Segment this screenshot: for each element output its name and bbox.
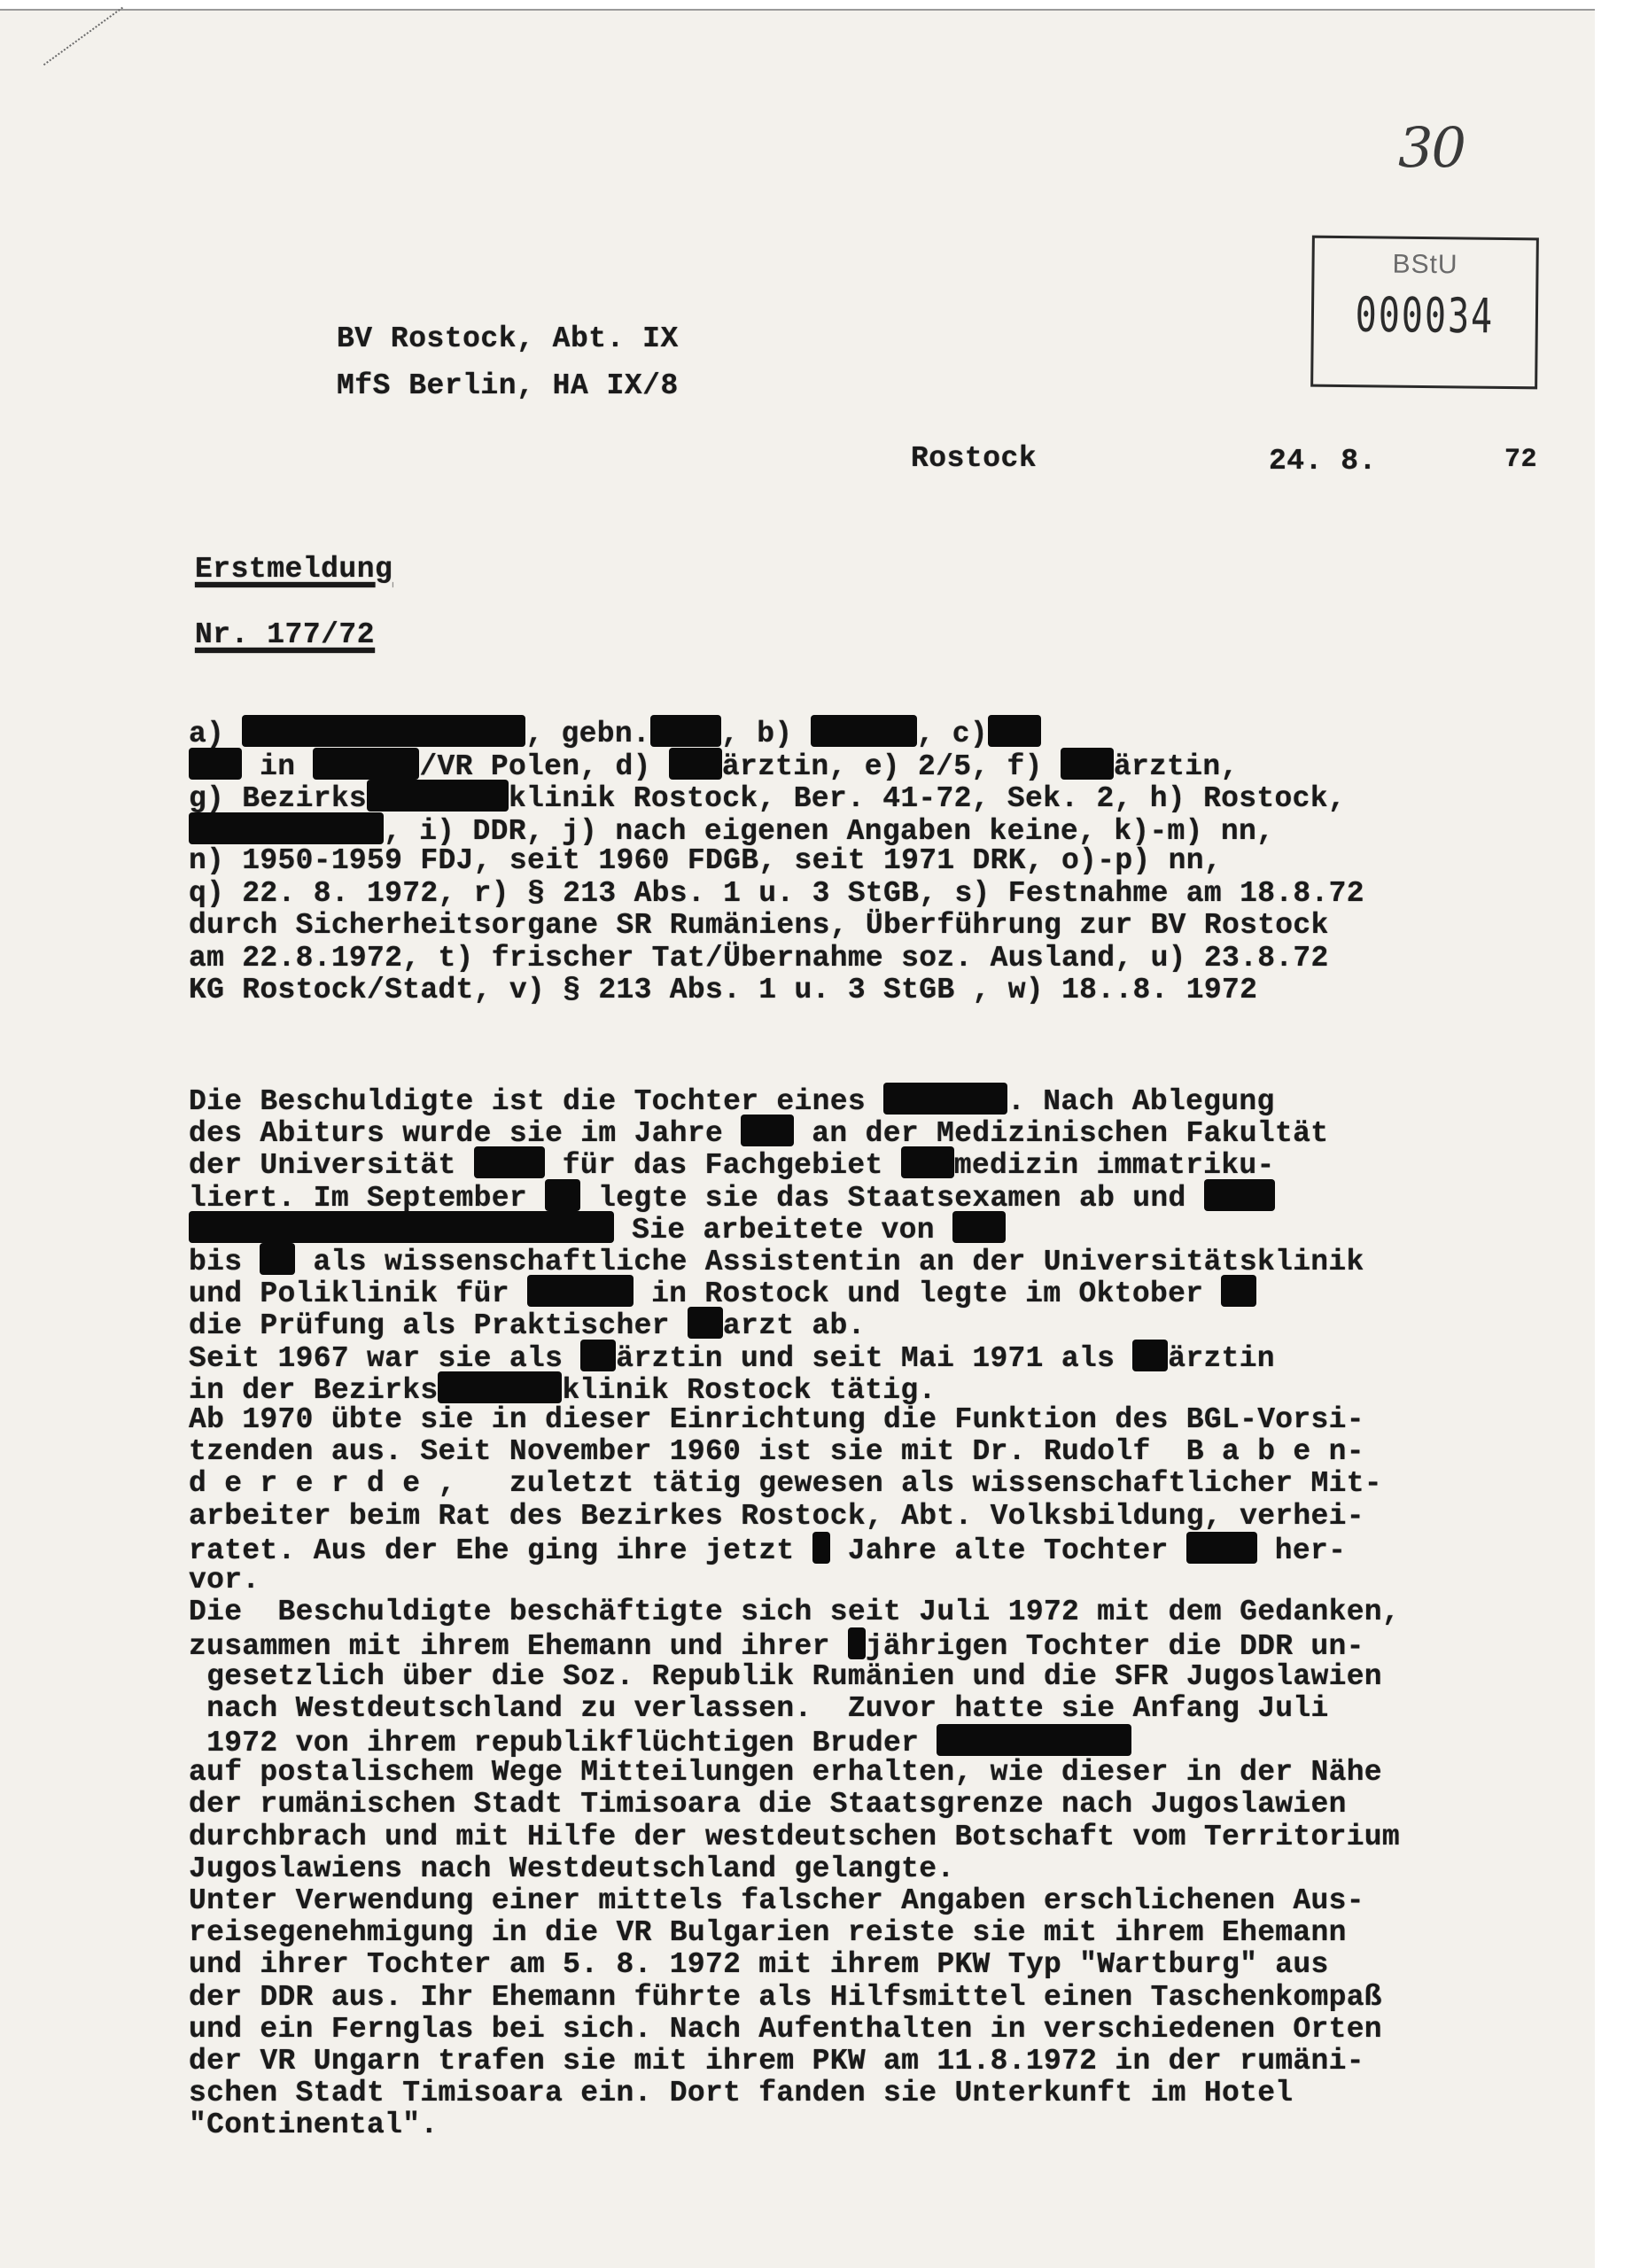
body-line: arbeiter beim Rat des Bezirkes Rostock, … xyxy=(189,1500,1364,1533)
body-line: und ihrer Tochter am 5. 8. 1972 mit ihre… xyxy=(189,1948,1329,1981)
redaction-bar xyxy=(313,748,419,780)
sender-line-1: BV Rostock, Abt. IX xyxy=(337,322,679,355)
redaction-bar xyxy=(1186,1532,1257,1564)
personal-data-line: am 22.8.1972, t) frischer Tat/Übernahme … xyxy=(189,942,1329,975)
redaction-bar xyxy=(474,1146,545,1178)
personal-data-line: a) , gebn., b) , c) xyxy=(189,715,1041,750)
personal-data-line: , i) DDR, j) nach eigenen Angaben keine,… xyxy=(189,812,1274,848)
body-line: nach Westdeutschland zu verlassen. Zuvor… xyxy=(189,1692,1329,1725)
place: Rostock xyxy=(911,442,1037,475)
body-line: bis als wissenschaftliche Assistentin an… xyxy=(189,1243,1364,1278)
personal-data-line: n) 1950-1959 FDJ, seit 1960 FDGB, seit 1… xyxy=(189,844,1222,877)
body-line: der DDR aus. Ihr Ehemann führte als Hilf… xyxy=(189,1981,1382,2014)
body-line: Ab 1970 übte sie in dieser Einrichtung d… xyxy=(189,1403,1364,1436)
body-line: Die Beschuldigte ist die Tochter eines .… xyxy=(189,1083,1275,1118)
stamp-number: 000034 xyxy=(1314,288,1536,346)
redaction-bar xyxy=(688,1307,723,1339)
redaction-bar xyxy=(669,748,722,780)
redaction-bar xyxy=(189,1211,614,1243)
body-line: "Continental". xyxy=(189,2109,438,2141)
body-line: der VR Ungarn trafen sie mit ihrem PKW a… xyxy=(189,2045,1364,2078)
redaction-bar xyxy=(527,1275,634,1307)
body-line: Seit 1967 war sie als ärztin und seit Ma… xyxy=(189,1340,1275,1375)
redaction-bar xyxy=(952,1211,1006,1243)
body-line: Die Beschuldigte beschäftigte sich seit … xyxy=(189,1596,1400,1628)
redaction-bar xyxy=(901,1146,954,1178)
pen-mark xyxy=(43,7,124,67)
body-line: Jugoslawiens nach Westdeutschland gelang… xyxy=(189,1852,954,1885)
body-line: 1972 von ihrem republikflüchtigen Bruder xyxy=(189,1724,1131,1759)
handwritten-page-number: 30 xyxy=(1398,115,1465,180)
body-line: schen Stadt Timisoara ein. Dort fanden s… xyxy=(189,2077,1293,2109)
redaction-bar xyxy=(260,1243,295,1275)
stamp-title: BStU xyxy=(1314,249,1535,282)
body-line: der Universität für das Fachgebiet mediz… xyxy=(189,1146,1275,1182)
report-number: Nr. 177/72 xyxy=(195,618,375,651)
body-line: durchbrach und mit Hilfe der westdeutsch… xyxy=(189,1821,1400,1853)
body-line: zusammen mit ihrem Ehemann und ihrer jäh… xyxy=(189,1627,1364,1663)
body-line: und ein Fernglas bei sich. Nach Aufentha… xyxy=(189,2013,1382,2046)
body-line: des Abiturs wurde sie im Jahre an der Me… xyxy=(189,1115,1328,1150)
redaction-bar xyxy=(1221,1275,1256,1307)
personal-data-line: in /VR Polen, d) ärztin, e) 2/5, f) ärzt… xyxy=(189,748,1239,783)
body-line: die Prüfung als Praktischer arzt ab. xyxy=(189,1307,866,1342)
redaction-bar xyxy=(1132,1340,1168,1371)
redaction-bar xyxy=(988,715,1041,747)
redaction-bar xyxy=(883,1083,1007,1115)
body-line: Unter Verwendung einer mittels falscher … xyxy=(189,1884,1364,1917)
redaction-bar xyxy=(812,1532,830,1564)
archive-stamp: BStU 000034 xyxy=(1310,236,1539,390)
date-day-month: 24. 8. xyxy=(1269,445,1377,478)
personal-data-line: g) Bezirksklinik Rostock, Ber. 41-72, Se… xyxy=(189,780,1346,815)
redaction-bar xyxy=(1204,1179,1275,1211)
body-line: auf postalischem Wege Mitteilungen erhal… xyxy=(189,1756,1382,1789)
redaction-bar xyxy=(367,780,509,812)
personal-data-line: durch Sicherheitsorgane SR Rumäniens, Üb… xyxy=(189,909,1329,942)
body-line: ratet. Aus der Ehe ging ihre jetzt Jahre… xyxy=(189,1532,1346,1567)
redaction-bar xyxy=(189,812,384,844)
body-line: in der Bezirksklinik Rostock tätig. xyxy=(189,1371,937,1407)
document-title: Erstmeldung xyxy=(195,553,393,586)
redaction-bar xyxy=(189,748,242,780)
body-line: reisegenehmigung in die VR Bulgarien rei… xyxy=(189,1916,1347,1949)
redaction-bar xyxy=(580,1340,616,1371)
personal-data-line: KG Rostock/Stadt, v) § 213 Abs. 1 u. 3 S… xyxy=(189,974,1257,1006)
redaction-bar xyxy=(438,1371,562,1403)
redaction-bar xyxy=(1061,748,1114,780)
redaction-bar xyxy=(848,1627,866,1659)
body-line: tzenden aus. Seit November 1960 ist sie … xyxy=(189,1435,1364,1468)
redaction-bar xyxy=(937,1724,1131,1756)
body-line: der rumänischen Stadt Timisoara die Staa… xyxy=(189,1788,1347,1821)
redaction-bar xyxy=(242,715,525,747)
body-line: d e r e r d e , zuletzt tätig gewesen al… xyxy=(189,1467,1382,1500)
body-line: liert. Im September legte sie das Staats… xyxy=(189,1179,1275,1215)
personal-data-line: q) 22. 8. 1972, r) § 213 Abs. 1 u. 3 StG… xyxy=(189,877,1364,910)
sender-line-2: MfS Berlin, HA IX/8 xyxy=(337,369,679,402)
body-line: Sie arbeitete von xyxy=(189,1211,1006,1247)
redaction-bar xyxy=(741,1115,794,1146)
body-line: vor. xyxy=(189,1564,260,1596)
body-line: und Poliklinik für in Rostock und legte … xyxy=(189,1275,1256,1310)
redaction-bar xyxy=(650,715,721,747)
redaction-bar xyxy=(545,1179,580,1211)
date-year: 72 xyxy=(1504,445,1537,475)
document-page: 30 BStU 000034 BV Rostock, Abt. IX MfS B… xyxy=(0,9,1595,2268)
body-line: gesetzlich über die Soz. Republik Rumäni… xyxy=(189,1660,1382,1693)
redaction-bar xyxy=(811,715,917,747)
